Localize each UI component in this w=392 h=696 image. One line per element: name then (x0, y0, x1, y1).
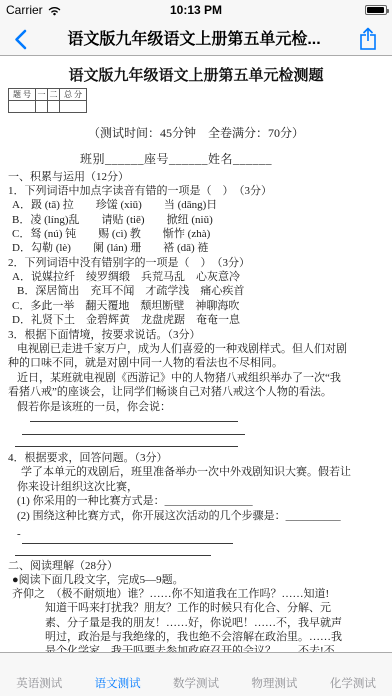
status-right (365, 0, 387, 20)
document-line: 近日，某班就电视剧《西游记》中的人物猪八戒组织举办了一次“我 (17, 372, 341, 385)
document-line: 二、阅读理解（28分） (8, 560, 118, 573)
document-line: 4．根据要求，回答问题。（3分） (8, 452, 168, 465)
score-table-empty-cell (36, 101, 48, 113)
document-line: 明过，政治是与我绝缘的，我也绝不会溶解在政治里。……我 (45, 631, 342, 644)
battery-nub (387, 9, 389, 13)
battery-icon (365, 5, 387, 15)
student-info-line: 班别______座号______姓名______ (80, 150, 272, 167)
document-line: 学了本单元的戏剧后，班里准备举办一次中外戏剧知识大赛。假若让 (21, 466, 351, 479)
screen: Carrier 10:13 PM 语文版九年级语文上册第五单元检... (0, 0, 392, 696)
document-line: 齐仰之 （极不耐烦地）谁？……你不知道我在工作吗？……知道! (12, 588, 329, 601)
document-line: B．深居简出 充耳不闻 才疏学浅 痛心疾首 (17, 285, 244, 298)
tab-bar: 英语测试 语文测试 数学测试 物理测试 化学测试 (0, 652, 392, 696)
tab-item-label: 英语测试 (16, 675, 62, 691)
document-line: 知道干吗来打扰我？朋友？工作的时候只有化合、分解、元 (45, 602, 331, 615)
back-button[interactable] (8, 27, 32, 51)
document-line: 是个化学家，我干吗要去参加政府召开的会议？……不去!不 (45, 645, 335, 652)
document-line: ●阅读下面几段文字，完成5—9题。 (12, 574, 184, 587)
tab-item-label: 化学测试 (330, 675, 376, 691)
document-line (15, 555, 211, 556)
document-line: B．凌 (líng)乱 请贴 (tiē) 掀纽 (niǔ) (12, 214, 213, 227)
document-line: - (17, 528, 21, 541)
page-title: 语文版九年级语文上册第五单元检... (40, 26, 348, 49)
document-line: D．礼贤下土 金碧辉黄 龙盘虎踞 奄奄一息 (12, 314, 240, 327)
document-line (22, 543, 233, 544)
doc-title: 语文版九年级语文上册第五单元检测题 (0, 64, 392, 85)
document-line: 你来设计组织这次比赛， (17, 481, 138, 494)
document-page[interactable]: 语文版九年级语文上册第五单元检测题 题 号 一 二 总 分 （测试时间：45分钟… (0, 56, 392, 652)
document-line: A．趿 (tā) 拉 珍馐 (xiū) 当 (dāng)日 (12, 199, 217, 212)
share-icon (358, 26, 378, 52)
tab-item-label: 物理测试 (251, 675, 297, 691)
test-info-line: （测试时间：45分钟 全卷满分：70分） (0, 124, 392, 141)
document-line: C．驽 (nú) 钝 赐 (cì) 教 惭怍 (zhà) (12, 228, 210, 241)
status-bar: Carrier 10:13 PM (0, 0, 392, 20)
document-line: 1．下列词语中加点字读音有错的一项是（ ） （3分） (8, 185, 272, 198)
document-line: D．勾勒 (lè) 阑 (lán) 珊 褡 (dā) 裢 (12, 242, 208, 255)
document-line (30, 421, 238, 422)
document-line: 电视剧已走进千家万户，成为人们喜爱的一种戏剧样式。但人们对剧 (17, 343, 347, 356)
document-line: 3．根据下面情境，按要求说话。（3分） (8, 329, 201, 342)
score-table-header-cell: 总 分 (60, 89, 87, 101)
document-line: 看猪八戒”的座谈会，让同学们畅谈自己对猪八戒这个人物的看法。 (8, 386, 332, 399)
nav-bar: 语文版九年级语文上册第五单元检... (0, 20, 392, 56)
tab-item[interactable]: 语文测试 (78, 653, 156, 696)
score-table-empty-cell (48, 101, 60, 113)
clock: 10:13 PM (0, 3, 392, 17)
document-line: C．多此一举 翻天覆地 颓坦断壁 神聊海吹 (12, 300, 239, 313)
tab-item-label: 语文测试 (95, 675, 141, 691)
score-table-header-cell: 题 号 (9, 89, 36, 101)
tab-item-label: 数学测试 (173, 675, 219, 691)
chevron-left-icon (14, 29, 27, 50)
document-line: (1) 你采用的一种比赛方式是：________________ (17, 495, 253, 508)
share-button[interactable] (356, 25, 380, 53)
score-table-empty-row (9, 101, 87, 113)
document-line: (2) 围绕这种比赛方式，你开展这次活动的几个步骤是：__________ (17, 510, 341, 523)
tab-item[interactable]: 数学测试 (157, 653, 235, 696)
score-table-header-cell: 二 (48, 89, 60, 101)
score-table-empty-cell (60, 101, 87, 113)
score-table: 题 号 一 二 总 分 (8, 88, 87, 113)
score-table-header-row: 题 号 一 二 总 分 (9, 89, 87, 101)
document-line: 假若你是该班的一员，你会说： (17, 401, 171, 414)
document-line: 素、分子量是我的朋友！……好，你说吧！……不，我早就声 (45, 617, 342, 630)
battery-fill (367, 7, 384, 13)
tab-item[interactable]: 物理测试 (235, 653, 313, 696)
document-line (15, 446, 238, 447)
document-line: 种的口味不同，就是对剧中同一人物的看法也不尽相同。 (8, 357, 283, 370)
document-line: 一、积累与运用（12分） (8, 171, 129, 184)
document-line: 2．下列词语中没有错别字的一项是（ ） （3分） (8, 257, 250, 270)
document-line: A．说媒拉纤 绫罗绸缎 兵荒马乱 心灰意冷 (12, 271, 240, 284)
score-table-header-cell: 一 (36, 89, 48, 101)
tab-item[interactable]: 英语测试 (0, 653, 78, 696)
document-line (22, 434, 245, 435)
score-table-empty-cell (9, 101, 36, 113)
tab-item[interactable]: 化学测试 (314, 653, 392, 696)
